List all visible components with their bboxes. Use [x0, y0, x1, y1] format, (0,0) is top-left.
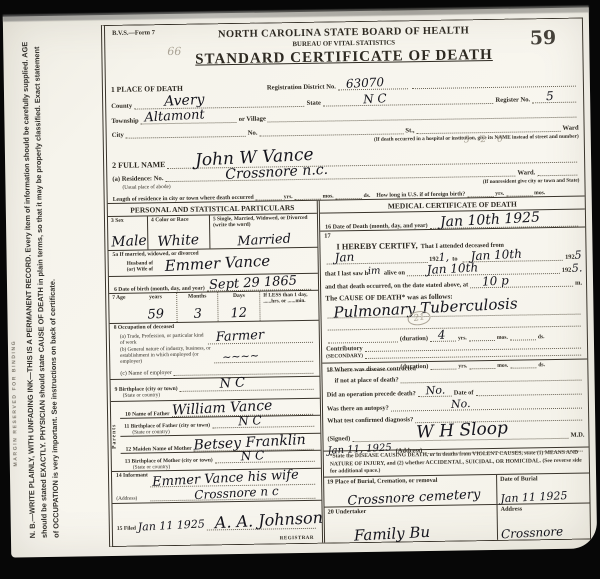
us-residence-label: How long in U.S. if of foreign birth?	[376, 191, 465, 198]
yrs-label: yrs.	[495, 191, 504, 197]
dotted-line: ~~~~	[214, 343, 313, 364]
days-label: Days	[222, 293, 257, 300]
father-bp-value: N C	[238, 414, 262, 427]
certificate-form: B.V.S.—Form 7 NORTH CAROLINA STATE BOARD…	[101, 18, 591, 548]
undertaker-address-value: Crossnore	[501, 524, 587, 540]
informant-address-label: (Address)	[116, 495, 148, 501]
sex-value: Male	[111, 234, 145, 250]
dotted-line: No.	[418, 383, 452, 398]
pronoun-value: im	[368, 267, 381, 278]
age-months-value: 3	[180, 307, 215, 322]
dotted-line: Farmer	[208, 328, 313, 345]
age-days-value: 12	[222, 306, 257, 321]
dotted-line: 5	[532, 87, 576, 104]
dotted-line	[510, 327, 536, 340]
dotted-line: Crossnore n c	[150, 484, 315, 501]
dotted-line: 4	[430, 329, 456, 342]
dotted-line	[424, 439, 583, 454]
dotted-line: Altamont	[141, 108, 237, 125]
registrar-signature: A. A. Johnson	[215, 510, 324, 531]
burial-date-value: Jan 11 1925	[500, 489, 586, 504]
registrar-label: REGISTRAR	[280, 536, 314, 542]
dotted-line: N C	[212, 416, 314, 429]
dotted-line	[328, 329, 398, 343]
county-value: Avery	[164, 93, 205, 109]
race-label: 4 Color or Race	[151, 216, 206, 223]
filed-label: 15 Filed	[117, 526, 136, 532]
occupation-a-label: (a) Trade, Profession, or particular kin…	[120, 332, 206, 345]
undertaker-value: Family Bu	[354, 522, 495, 544]
occupation-c-label: (c) Name of employer	[120, 370, 171, 377]
age-label: 7 Age	[112, 295, 132, 301]
dotted-line: Jan 10th 1925	[429, 210, 578, 229]
informant-label: 14 Informant	[116, 472, 148, 478]
questions-block: 18 Where was disease contracted if not a…	[322, 359, 588, 451]
certification-block: 17 I HEREBY CERTIFY, That I attended dec…	[320, 228, 587, 364]
filed-row: 15 Filed Jan 11 1925 A. A. Johnson REGIS…	[112, 501, 322, 546]
race-value: White	[157, 233, 207, 249]
age-row: 7 Age years 59 Months 3 Days 12 If LESS	[109, 291, 318, 324]
death-time-value: 10 p	[482, 274, 509, 287]
dotted-line: N C	[215, 451, 315, 464]
date-of-birth-row: 6 Date of birth (month, day, and year) S…	[109, 274, 318, 294]
mother-bp-value: N C	[240, 449, 264, 462]
last-seen-value: Jan 10th	[427, 261, 479, 276]
birthplace-value: N C	[219, 376, 245, 390]
sex-race-marital-row: 3 Sex Male 4 Color or Race White 5 Singl…	[108, 214, 318, 251]
state-value: N C	[363, 92, 387, 105]
undertaker-row: 20 Undertaker Family Bu Address Crossnor…	[325, 503, 591, 542]
years-label: years	[138, 294, 173, 301]
occupation-b-value: ~~~~	[222, 350, 259, 363]
place-of-death-section: 1 PLACE OF DEATH Registration District N…	[106, 73, 584, 147]
attended-to-value: Jan 10th	[470, 248, 522, 263]
parents-block: Parents 10 Name of Father William Vance …	[111, 399, 321, 472]
operation-answer: No.	[425, 384, 445, 396]
registration-district-value: 63070	[346, 76, 385, 90]
certificate-number-stamp: 59	[530, 27, 557, 49]
dotted-line: Sept 29 1865	[206, 274, 311, 292]
mos-label: mos.	[534, 190, 545, 196]
marital-value: Married	[237, 231, 315, 248]
age-years-value: 59	[138, 307, 173, 322]
pencil-annotation: 3 2 0	[464, 135, 507, 146]
dotted-line	[537, 163, 577, 177]
binding-margin-note: MARGIN RESERVED FOR BINDING	[8, 136, 22, 466]
marital-label: 5 Single, Married, Widowed, or Divorced …	[213, 215, 314, 229]
pencil-annotation: 66	[167, 45, 181, 58]
dotted-line	[467, 185, 493, 197]
wife-of-label: (or) Wife of	[127, 266, 153, 272]
filed-date-value: Jan 11 1925	[138, 518, 206, 532]
dotted-line	[294, 188, 320, 200]
informant-row: 14 Informant (Address) Emmer Vance his w…	[112, 469, 321, 504]
undertaker-address-label: Address	[501, 505, 587, 513]
dotted-line	[174, 362, 314, 376]
last-seen-year: 5.	[571, 262, 582, 274]
burial-row: 19 Place of Burial, Cremation, or remova…	[324, 473, 589, 507]
physician-signature: W H Sloop	[416, 420, 508, 442]
signed-date-value: Jan 11, 1925	[327, 443, 392, 456]
mother-name-label: 12 Maiden Name of Mother	[126, 446, 192, 453]
personal-column: PERSONAL AND STATISTICAL PARTICULARS 3 S…	[108, 201, 325, 546]
burial-place-label: 19 Place of Burial, Cremation, or remova…	[327, 476, 493, 486]
form-header: B.V.S.—Form 7 NORTH CAROLINA STATE BOARD…	[105, 19, 583, 80]
dod-value: Jan 10th 1925	[439, 210, 540, 229]
medical-column: MEDICAL CERTIFICATE OF DEATH 16 Date of …	[320, 197, 590, 543]
if-less-note: If LESS than 1 day, ......hrs. or ......…	[263, 292, 315, 305]
signed-address-label: (Address)	[396, 447, 423, 454]
attended-to-year: 5	[574, 249, 582, 260]
dotted-line: 63070	[338, 75, 408, 90]
township-value: Altamont	[144, 108, 205, 124]
burial-date-label: Date of Burial	[500, 475, 586, 483]
length-label: Length of residence in city or town wher…	[113, 195, 254, 203]
sex-label: 3 Sex	[111, 217, 144, 224]
dotted-line: A. A. Johnson	[207, 509, 316, 531]
spouse-value: Emmer Vance	[165, 254, 271, 274]
register-no-value: 5	[546, 90, 554, 102]
dotted-line: N C	[179, 377, 313, 392]
mos-label: mos.	[323, 193, 334, 199]
dotted-line	[506, 184, 532, 196]
scanned-death-certificate: { "margin": { "binding_note": "MARGIN RE…	[0, 0, 600, 579]
father-name-label: 10 Name of Father	[125, 411, 170, 418]
occupation-row: 8 Occupation of deceased (a) Trade, Prof…	[110, 321, 320, 380]
form-columns: PERSONAL AND STATISTICAL PARTICULARS 3 S…	[108, 197, 590, 546]
dotted-line	[336, 187, 362, 199]
dob-label: 6 Date of birth (month, day, and year)	[114, 285, 205, 292]
informant-address-value: Crossnore n c	[194, 485, 279, 501]
dob-value: Sept 29 1865	[208, 275, 297, 292]
occupation-a-value: Farmer	[216, 329, 265, 344]
duration-years-value: 4	[438, 329, 446, 341]
autopsy-answer: No.	[451, 398, 471, 410]
occupation-b-label: (b) General nature of industry, business…	[120, 345, 212, 364]
yrs-label: yrs.	[284, 194, 293, 200]
spouse-row: 5a If married, widowed, or divorced Husb…	[108, 248, 317, 277]
months-label: Months	[180, 293, 215, 300]
certificate-page: MARGIN RESERVED FOR BINDING N. B.—WRITE …	[3, 7, 597, 557]
dotted-line	[256, 188, 282, 200]
permanent-record-note: N. B.—WRITE PLAINLY, WITH UNFADING INK—T…	[19, 38, 77, 539]
ds-label: ds.	[364, 193, 371, 199]
dotted-line	[469, 328, 495, 341]
attended-from-value: Jan	[334, 251, 354, 264]
